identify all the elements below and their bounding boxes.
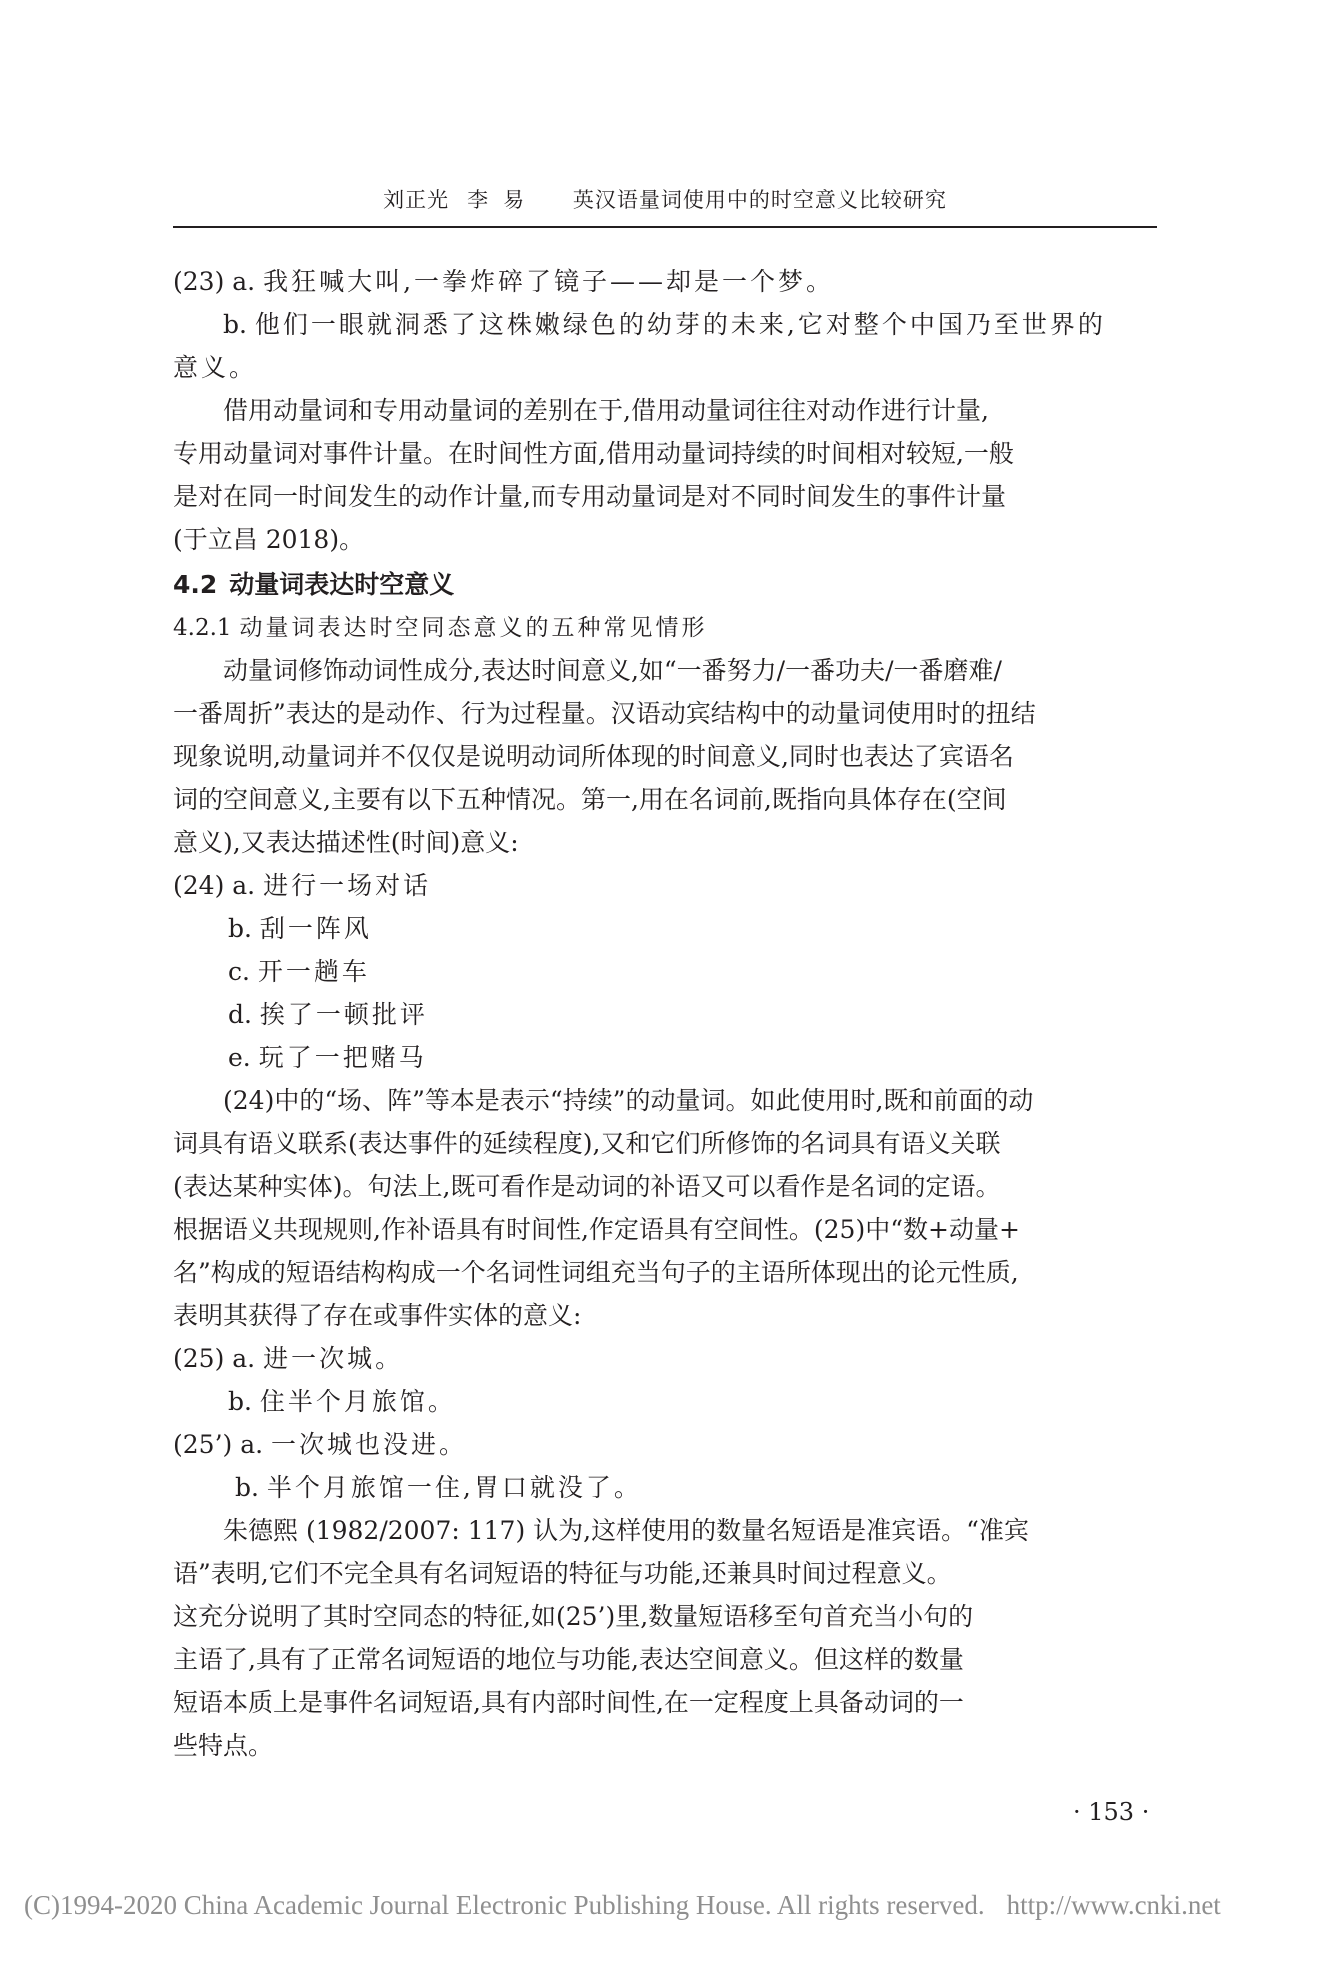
running-head: 刘正光李易 英汉语量词使用中的时空意义比较研究 [173, 184, 1157, 214]
text-line: 朱德熙 (1982/2007: 117) 认为,这样使用的数量名短语是准宾语。“… [173, 1509, 1157, 1552]
paragraph-2: 动量词修饰动词性成分,表达时间意义,如“一番努力/一番功夫/一番磨难/ 一番周折… [173, 649, 1157, 864]
example-text: 开一趟车 [258, 957, 370, 986]
paragraph-1: 借用动量词和专用动量词的差别在于,借用动量词往往对动作进行计量, 专用动量词对事… [173, 389, 1157, 561]
text-line: 根据语义共现规则,作补语具有时间性,作定语具有空间性。(25)中“数+动量+ [173, 1208, 1157, 1251]
example-text: 一次城也没进。 [271, 1430, 467, 1459]
example-text: 进行一场对话 [263, 871, 431, 900]
text-line: 意义),又表达描述性(时间)意义: [173, 821, 1157, 864]
text-line: (24)中的“场、阵”等本是表示“持续”的动量词。如此使用时,既和前面的动 [173, 1079, 1157, 1122]
text-line: 语”表明,它们不完全具有名词短语的特征与功能,还兼具时间过程意义。 [173, 1552, 1157, 1595]
section-heading-4-2: 4.2动量词表达时空意义 [173, 563, 1157, 607]
paragraph-3: (24)中的“场、阵”等本是表示“持续”的动量词。如此使用时,既和前面的动 词具… [173, 1079, 1157, 1337]
example-text: 挨了一顿批评 [260, 1000, 428, 1029]
text-line: 借用动量词和专用动量词的差别在于,借用动量词往往对动作进行计量, [173, 389, 1157, 432]
example-label: a. [232, 1344, 255, 1373]
example-text: 刮一阵风 [260, 914, 372, 943]
article-body: (23) a. 我狂喊大叫,一拳炸碎了镜子——却是一个梦。 b. 他们一眼就洞悉… [173, 260, 1157, 1767]
example-text: 半个月旅馆一住,胃口就没了。 [267, 1473, 642, 1502]
header-rule [173, 226, 1157, 228]
author-name: 李 [467, 188, 489, 212]
text-line: 现象说明,动量词并不仅仅是说明动词所体现的时间意义,同时也表达了宾语名 [173, 735, 1157, 778]
example-25prime-b: b. 半个月旅馆一住,胃口就没了。 [173, 1466, 1157, 1509]
text-line: 名”构成的短语结构构成一个名词性词组充当句子的主语所体现出的论元性质, [173, 1251, 1157, 1294]
paragraph-4: 朱德熙 (1982/2007: 117) 认为,这样使用的数量名短语是准宾语。“… [173, 1509, 1157, 1767]
example-label: a. [232, 871, 255, 900]
page-number: · 153 · [1073, 1798, 1149, 1826]
example-23b-continued: 意义。 [173, 346, 1157, 389]
running-head-authors: 刘正光李易 [383, 188, 533, 212]
example-24d: d. 挨了一顿批评 [173, 993, 1157, 1036]
text-line: 一番周折”表达的是动作、行为过程量。汉语动宾结构中的动量词使用时的扭结 [173, 692, 1157, 735]
example-24b: b. 刮一阵风 [173, 907, 1157, 950]
author-name: 刘正光 [383, 188, 449, 212]
copyright-text: (C)1994-2020 China Academic Journal Elec… [24, 1890, 985, 1920]
subsection-title: 动量词表达时空同态意义的五种常见情形 [240, 615, 708, 641]
footer-url-link[interactable]: http://www.cnki.net [1007, 1890, 1221, 1920]
example-label: b. [223, 310, 247, 339]
text-line: 主语了,具有了正常名词短语的地位与功能,表达空间意义。但这样的数量 [173, 1638, 1157, 1681]
example-25prime-a: (25’) a. 一次城也没进。 [173, 1423, 1157, 1466]
example-24a: (24) a. 进行一场对话 [173, 864, 1157, 907]
example-25b: b. 住半个月旅馆。 [173, 1380, 1157, 1423]
example-number: (23) [173, 267, 224, 296]
text-line: (表达某种实体)。句法上,既可看作是动词的补语又可以看作是名词的定语。 [173, 1165, 1157, 1208]
example-label: c. [228, 957, 250, 986]
example-text: 住半个月旅馆。 [260, 1387, 456, 1416]
example-24c: c. 开一趟车 [173, 950, 1157, 993]
copyright-footer: (C)1994-2020 China Academic Journal Elec… [24, 1890, 1330, 1921]
text-line: 动量词修饰动词性成分,表达时间意义,如“一番努力/一番功夫/一番磨难/ [173, 649, 1157, 692]
example-text: 玩了一把赌马 [259, 1043, 427, 1072]
example-label: b. [235, 1473, 259, 1502]
text-line: (于立昌 2018)。 [173, 518, 1157, 561]
text-line: 专用动量词对事件计量。在时间性方面,借用动量词持续的时间相对较短,一般 [173, 432, 1157, 475]
text-line: 词的空间意义,主要有以下五种情况。第一,用在名词前,既指向具体存在(空间 [173, 778, 1157, 821]
example-label: d. [228, 1000, 252, 1029]
text-line: 表明其获得了存在或事件实体的意义: [173, 1294, 1157, 1337]
example-text: 我狂喊大叫,一拳炸碎了镜子——却是一个梦。 [263, 267, 834, 296]
example-number: (25’) [173, 1430, 232, 1459]
subsection-heading-4-2-1: 4.2.1动量词表达时空同态意义的五种常见情形 [173, 607, 1157, 649]
example-text: 意义。 [173, 353, 257, 382]
example-label: b. [228, 914, 252, 943]
section-number: 4.2 [173, 570, 217, 599]
text-line: 短语本质上是事件名词短语,具有内部时间性,在一定程度上具备动词的一 [173, 1681, 1157, 1724]
example-number: (25) [173, 1344, 224, 1373]
subsection-number: 4.2.1 [173, 615, 232, 641]
text-line: 这充分说明了其时空同态的特征,如(25’)里,数量短语移至句首充当小句的 [173, 1595, 1157, 1638]
example-24e: e. 玩了一把赌马 [173, 1036, 1157, 1079]
example-label: a. [232, 267, 255, 296]
example-number: (24) [173, 871, 224, 900]
example-23a: (23) a. 我狂喊大叫,一拳炸碎了镜子——却是一个梦。 [173, 260, 1157, 303]
example-label: b. [228, 1387, 252, 1416]
example-label: e. [228, 1043, 251, 1072]
example-25a: (25) a. 进一次城。 [173, 1337, 1157, 1380]
author-name: 易 [503, 188, 525, 212]
example-text: 他们一眼就洞悉了这株嫩绿色的幼芽的未来,它对整个中国乃至世界的 [255, 310, 1106, 339]
text-line: 是对在同一时间发生的动作计量,而专用动量词是对不同时间发生的事件计量 [173, 475, 1157, 518]
example-label: a. [240, 1430, 263, 1459]
example-text: 进一次城。 [263, 1344, 403, 1373]
text-line: 词具有语义联系(表达事件的延续程度),又和它们所修饰的名词具有语义关联 [173, 1122, 1157, 1165]
example-23b: b. 他们一眼就洞悉了这株嫩绿色的幼芽的未来,它对整个中国乃至世界的 [173, 303, 1157, 346]
text-line: 些特点。 [173, 1724, 1157, 1767]
running-head-title: 英汉语量词使用中的时空意义比较研究 [573, 188, 947, 212]
section-title: 动量词表达时空意义 [229, 570, 454, 599]
